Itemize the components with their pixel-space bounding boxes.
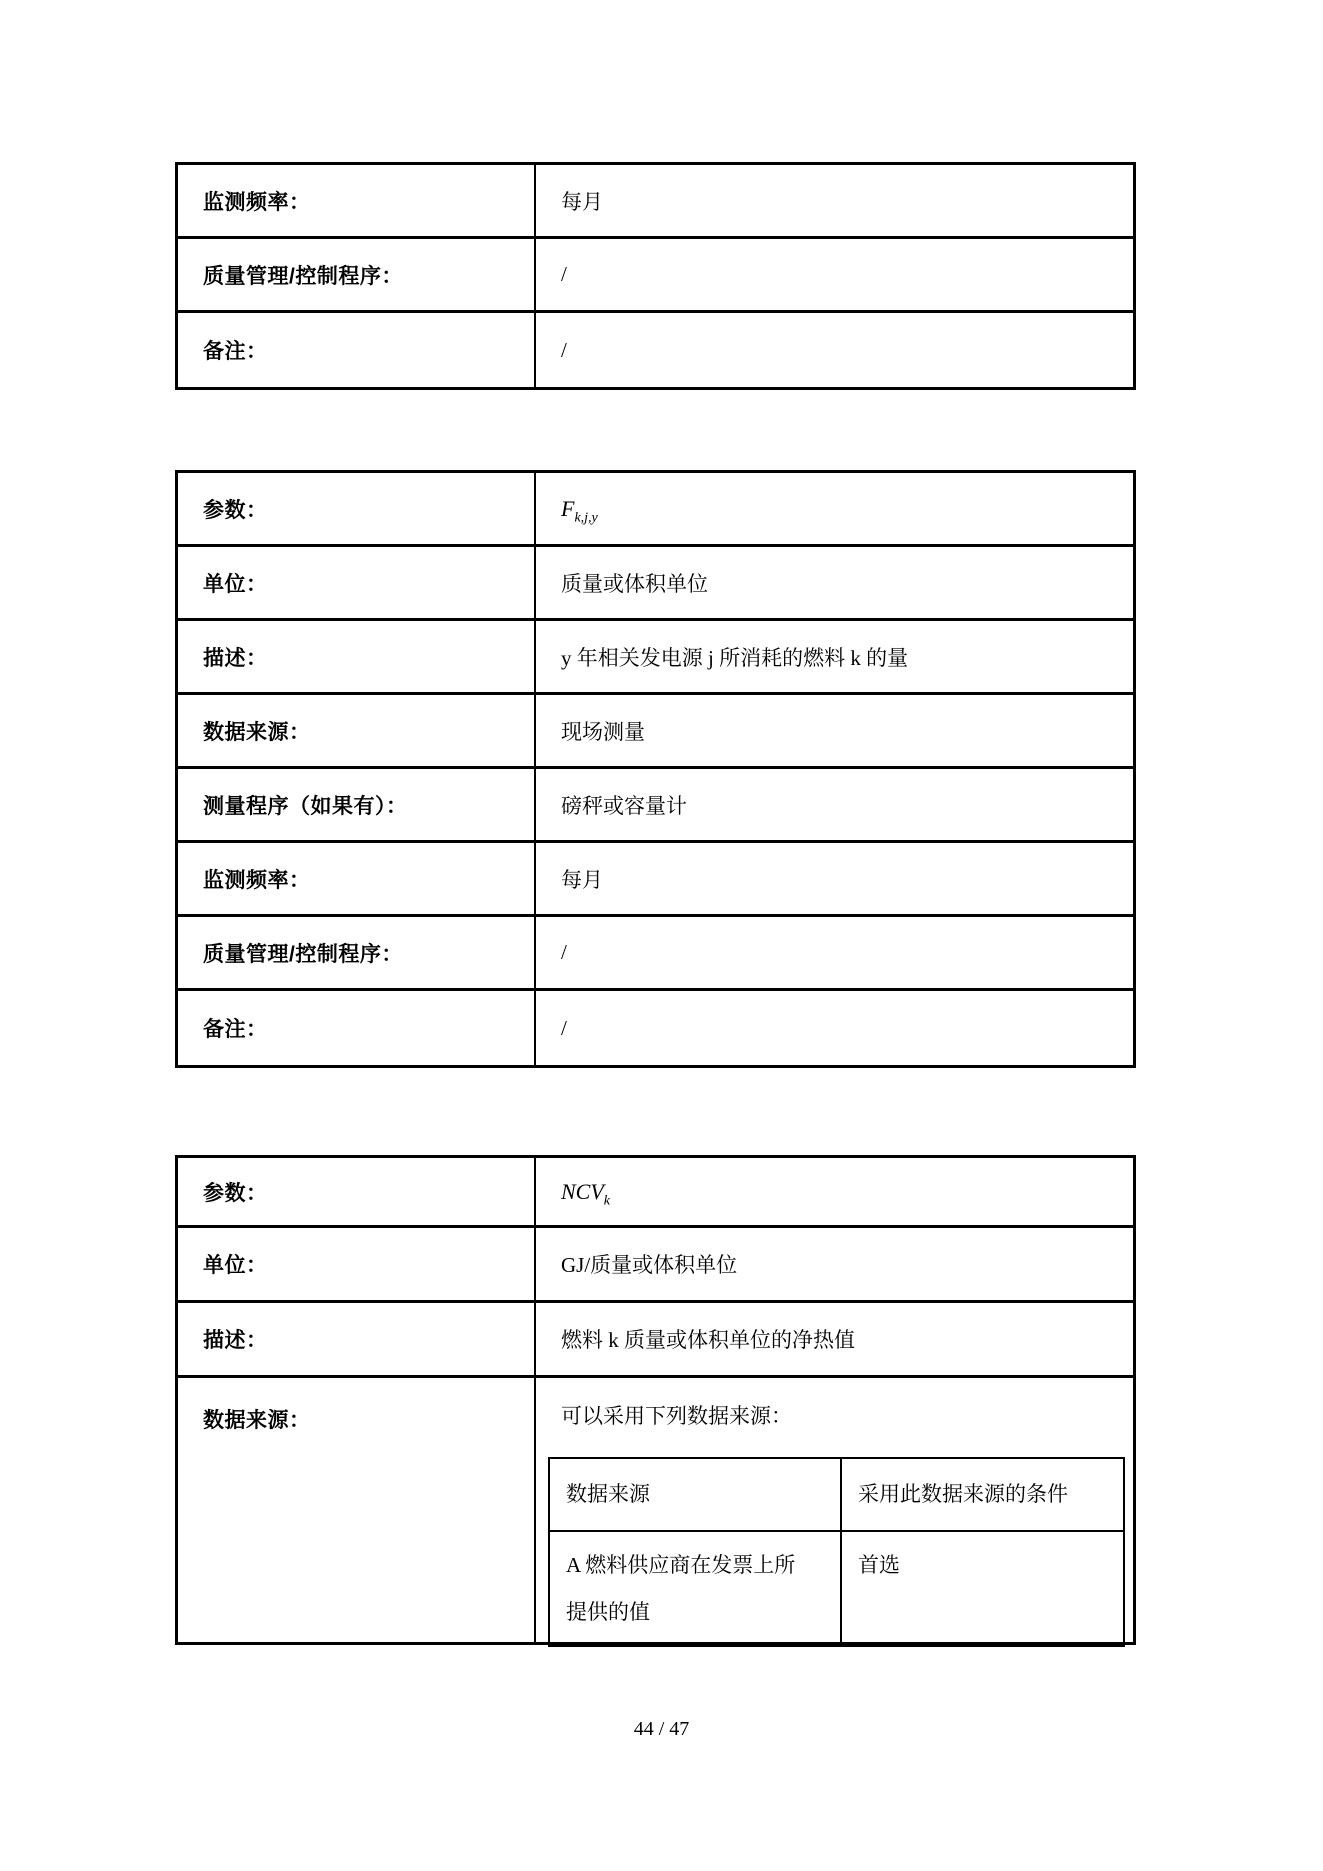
- row-value: 可以采用下列数据来源： 数据来源 采用此数据来源的条件 A 燃料供应商在发票上所…: [536, 1378, 1133, 1642]
- row-label: 单位：: [178, 1228, 536, 1300]
- formula-base: F: [561, 496, 574, 521]
- formula-base: NCV: [561, 1179, 604, 1204]
- parameter-table-fuel-quantity: 参数： Fk,j,y 单位： 质量或体积单位 描述： y 年相关发电源 j 所消…: [175, 470, 1136, 1068]
- table-row: 测量程序（如果有）： 磅秤或容量计: [178, 769, 1133, 843]
- row-value: 每月: [536, 165, 1133, 236]
- nested-column-header: 数据来源: [550, 1459, 842, 1530]
- row-value: /: [536, 239, 1133, 310]
- nested-cell-source: A 燃料供应商在发票上所提供的值: [550, 1532, 842, 1645]
- row-label: 数据来源：: [178, 695, 536, 766]
- page-number: 44 / 47: [0, 1718, 1323, 1741]
- row-label: 测量程序（如果有）：: [178, 769, 536, 840]
- parameter-symbol: NCVk: [561, 1179, 610, 1205]
- nested-table-header-row: 数据来源 采用此数据来源的条件: [550, 1459, 1123, 1532]
- data-source-intro: 可以采用下列数据来源：: [561, 1400, 1133, 1430]
- table-row: 质量管理/控制程序： /: [178, 239, 1133, 313]
- row-label: 质量管理/控制程序：: [178, 239, 536, 310]
- row-value: GJ/质量或体积单位: [536, 1228, 1133, 1300]
- row-value: Fk,j,y: [536, 473, 1133, 544]
- table-row: 数据来源： 可以采用下列数据来源： 数据来源 采用此数据来源的条件 A 燃料供应…: [178, 1378, 1133, 1642]
- row-label: 描述：: [178, 1303, 536, 1375]
- nested-table-row: A 燃料供应商在发票上所提供的值 首选: [550, 1532, 1123, 1645]
- row-label: 备注：: [178, 991, 536, 1065]
- parameter-table-ncv: 参数： NCVk 单位： GJ/质量或体积单位 描述： 燃料 k 质量或体积单位…: [175, 1155, 1136, 1645]
- table-row: 备注： /: [178, 313, 1133, 387]
- row-value: /: [536, 991, 1133, 1065]
- table-row: 描述： 燃料 k 质量或体积单位的净热值: [178, 1303, 1133, 1378]
- row-label: 监测频率：: [178, 843, 536, 914]
- parameter-symbol: Fk,j,y: [561, 496, 598, 522]
- row-value: /: [536, 917, 1133, 988]
- table-row: 监测频率： 每月: [178, 165, 1133, 239]
- row-label: 质量管理/控制程序：: [178, 917, 536, 988]
- row-value: 磅秤或容量计: [536, 769, 1133, 840]
- table-row: 参数： NCVk: [178, 1158, 1133, 1228]
- table-row: 备注： /: [178, 991, 1133, 1065]
- table-row: 数据来源： 现场测量: [178, 695, 1133, 769]
- table-row: 参数： Fk,j,y: [178, 473, 1133, 547]
- table-row: 质量管理/控制程序： /: [178, 917, 1133, 991]
- row-label: 参数：: [178, 1158, 536, 1225]
- table-row: 监测频率： 每月: [178, 843, 1133, 917]
- table-row: 单位： GJ/质量或体积单位: [178, 1228, 1133, 1303]
- row-value: 燃料 k 质量或体积单位的净热值: [536, 1303, 1133, 1375]
- row-label: 备注：: [178, 313, 536, 387]
- nested-column-header: 采用此数据来源的条件: [842, 1459, 1123, 1530]
- row-value: 质量或体积单位: [536, 547, 1133, 618]
- row-label: 单位：: [178, 547, 536, 618]
- nested-cell-condition: 首选: [842, 1532, 1123, 1645]
- monitoring-frequency-table: 监测频率： 每月 质量管理/控制程序： / 备注： /: [175, 162, 1136, 390]
- row-value: 每月: [536, 843, 1133, 914]
- row-value: /: [536, 313, 1133, 387]
- formula-subscript: k: [604, 1193, 610, 1208]
- document-page: 监测频率： 每月 质量管理/控制程序： / 备注： / 参数： Fk,j,y 单…: [0, 0, 1323, 1871]
- row-label: 监测频率：: [178, 165, 536, 236]
- row-value: y 年相关发电源 j 所消耗的燃料 k 的量: [536, 621, 1133, 692]
- formula-subscript: k,j,y: [574, 510, 597, 525]
- row-label: 描述：: [178, 621, 536, 692]
- row-value: 现场测量: [536, 695, 1133, 766]
- row-label: 数据来源：: [178, 1378, 536, 1642]
- table-row: 单位： 质量或体积单位: [178, 547, 1133, 621]
- row-value: NCVk: [536, 1158, 1133, 1225]
- row-label: 参数：: [178, 473, 536, 544]
- table-row: 描述： y 年相关发电源 j 所消耗的燃料 k 的量: [178, 621, 1133, 695]
- nested-data-source-table: 数据来源 采用此数据来源的条件 A 燃料供应商在发票上所提供的值 首选: [548, 1457, 1125, 1647]
